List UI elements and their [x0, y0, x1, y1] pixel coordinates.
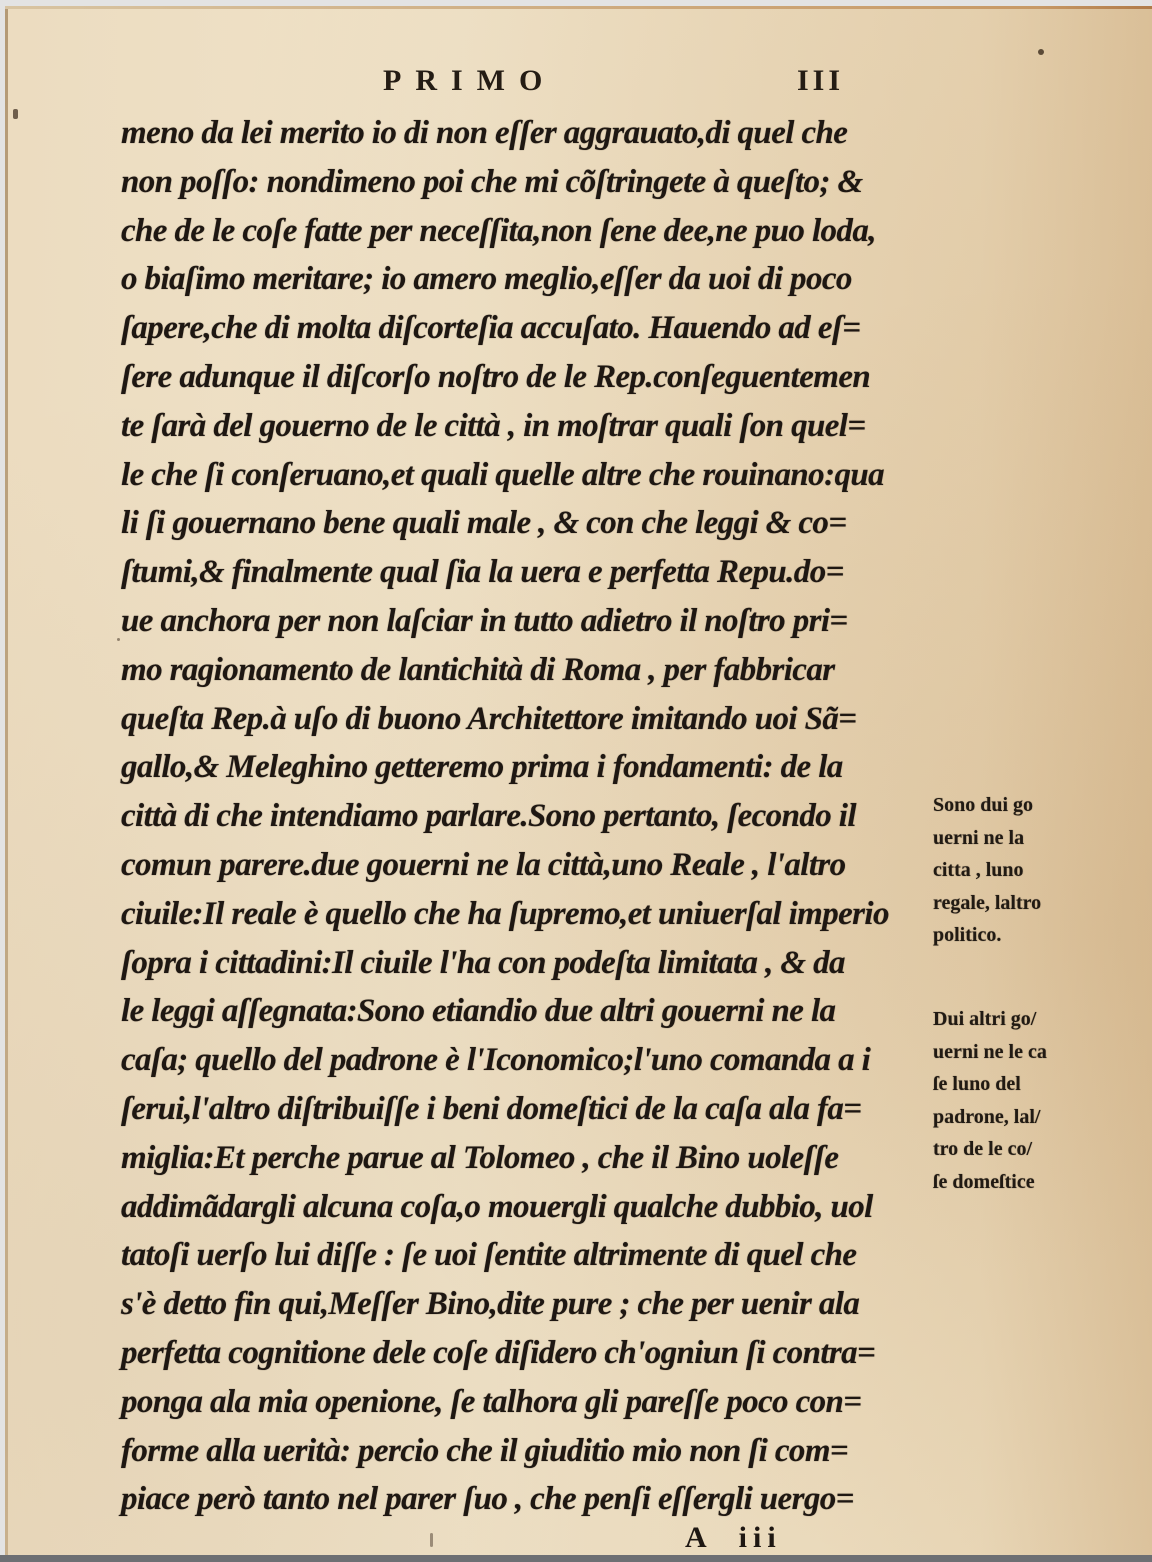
margin-note-line: citta , luno — [933, 854, 1093, 887]
running-head: PRIMO — [383, 64, 556, 98]
text-line: o biaſimo meritare; io amero meglio,eſſe… — [121, 255, 921, 304]
signature-letter: A — [685, 1521, 713, 1554]
ink-spot — [430, 1533, 433, 1547]
margin-note-line: ſe luno del — [933, 1068, 1093, 1101]
text-line: miglia:Et perche parue al Tolomeo , che … — [121, 1134, 921, 1183]
margin-note-line: ſe domeſtice — [933, 1166, 1093, 1199]
margin-note-line: padrone, lal/ — [933, 1101, 1093, 1134]
text-line: mo ragionamento de lantichità di Roma , … — [121, 646, 921, 695]
ink-spot — [13, 109, 18, 119]
margin-note-line: uerni ne le ca — [933, 1036, 1093, 1069]
body-text: meno da lei merito io di non eſſer aggra… — [121, 109, 921, 1524]
text-line: tatoſi uerſo lui diſſe : ſe uoi ſentite … — [121, 1231, 921, 1280]
signature-number: iii — [739, 1521, 782, 1554]
margin-note-line: Dui altri go/ — [933, 1003, 1093, 1036]
text-line: forme alla uerità: percio che il giuditi… — [121, 1427, 921, 1476]
text-line: ciuile:Il reale è quello che ha ſupremo,… — [121, 890, 921, 939]
text-line: comun parere.due gouerni ne la città,uno… — [121, 841, 921, 890]
margin-note-line: regale, laltro — [933, 887, 1093, 920]
document-viewer: PRIMO III meno da lei merito io di non e… — [0, 0, 1152, 1562]
page-number: III — [797, 64, 844, 98]
text-line: che de le coſe fatte per neceſſita,non ſ… — [121, 207, 921, 256]
margin-note-line: tro de le co/ — [933, 1133, 1093, 1166]
book-page: PRIMO III meno da lei merito io di non e… — [5, 6, 1152, 1555]
text-line: meno da lei merito io di non eſſer aggra… — [121, 109, 921, 158]
text-line: le che ſi conſeruano,et quali quelle alt… — [121, 451, 921, 500]
margin-note-governments-house: Dui altri go/ uerni ne le ca ſe luno del… — [933, 1003, 1093, 1198]
ink-spot — [1038, 49, 1044, 55]
viewer-bottom-bar — [0, 1555, 1152, 1562]
text-line: città di che intendiamo parlare.Sono per… — [121, 792, 921, 841]
margin-note-line: uerni ne la — [933, 822, 1093, 855]
text-line: queſta Rep.à uſo di buono Architettore i… — [121, 695, 921, 744]
margin-note-line: politico. — [933, 919, 1093, 952]
text-line: s'è detto fin qui,Meſſer Bino,dite pure … — [121, 1280, 921, 1329]
text-line: ponga ala mia openione, ſe talhora gli p… — [121, 1378, 921, 1427]
text-line: ſere adunque il diſcorſo noſtro de le Re… — [121, 353, 921, 402]
signature-mark: Aiii — [685, 1521, 782, 1555]
ink-spot — [117, 638, 120, 641]
text-line: ſerui,l'altro diſtribuiſſe i beni domeſt… — [121, 1085, 921, 1134]
text-line: addimãdargli alcuna coſa,o mouergli qual… — [121, 1183, 921, 1232]
text-line: ſapere,che di molta diſcorteſia accuſato… — [121, 304, 921, 353]
text-line: ue anchora per non laſciar in tutto adie… — [121, 597, 921, 646]
text-line: li ſi gouernano bene quali male , & con … — [121, 499, 921, 548]
text-line: te ſarà del gouerno de le città , in moſ… — [121, 402, 921, 451]
text-line: non poſſo: nondimeno poi che mi cõſtring… — [121, 158, 921, 207]
text-line: le leggi aſſegnata:Sono etiandio due alt… — [121, 987, 921, 1036]
margin-note-line: Sono dui go — [933, 789, 1093, 822]
text-line: gallo,& Meleghino getteremo prima i fond… — [121, 743, 921, 792]
text-line: ſopra i cittadini:Il ciuile l'ha con pod… — [121, 939, 921, 988]
margin-note-governments-city: Sono dui go uerni ne la citta , luno reg… — [933, 789, 1093, 952]
page-edge-top — [5, 6, 1152, 9]
page-edge-left — [5, 6, 8, 1555]
text-line: ſtumi,& finalmente qual ſia la uera e pe… — [121, 548, 921, 597]
text-line: perfetta cognitione dele coſe diſidero c… — [121, 1329, 921, 1378]
text-line: piace però tanto nel parer ſuo , che pen… — [121, 1475, 921, 1524]
text-line: caſa; quello del padrone è l'Iconomico;l… — [121, 1036, 921, 1085]
